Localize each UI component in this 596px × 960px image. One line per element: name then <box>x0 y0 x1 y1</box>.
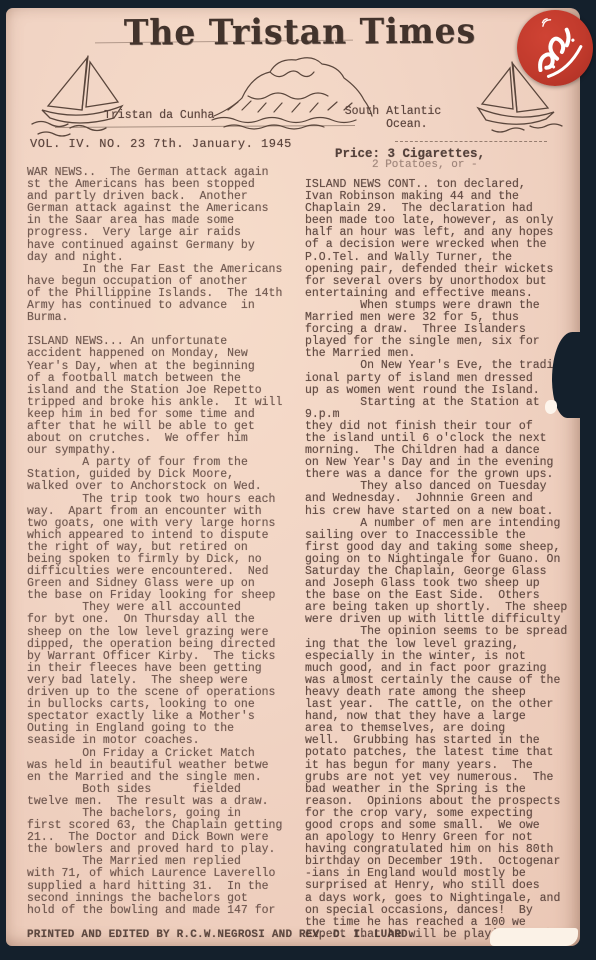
price-line-2: 2 Potatoes, or - <box>372 159 478 171</box>
volume-date-line: VOL. IV. NO. 23 7th. January. 1945 <box>30 137 292 151</box>
place-label-ocean: South Atlantic Ocean. <box>338 105 448 131</box>
place-label-tristan: Tristan da Cunha <box>104 109 214 122</box>
paper-tear-notch <box>552 332 586 418</box>
masthead-title: The Tristan Times <box>88 10 512 54</box>
column-left: WAR NEWS.. The German attack again st th… <box>27 167 303 917</box>
masthead-rule-dashed <box>395 141 547 142</box>
faradeed-watermark-logo <box>517 10 593 86</box>
newspaper-scan: The Tristan Times <box>0 0 596 960</box>
column-right: ISLAND NEWS CONT.. ton declared, Ivan Ro… <box>305 179 579 941</box>
paper-tear-bottom-right <box>490 928 578 946</box>
